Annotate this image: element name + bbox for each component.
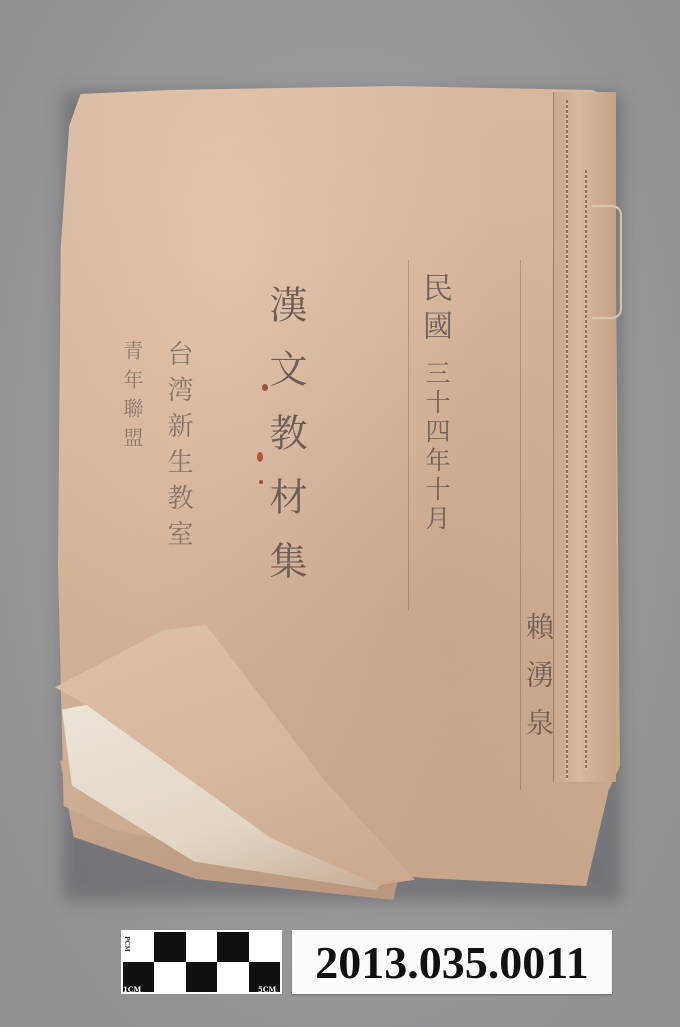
scale-label-start: 1CM bbox=[123, 985, 141, 994]
red-ink-stain bbox=[259, 480, 263, 484]
ruled-guide-line bbox=[408, 260, 409, 610]
scale-cell-black bbox=[186, 962, 217, 992]
accession-number-label: 2013.035.0011 bbox=[292, 930, 612, 994]
red-ink-stain bbox=[262, 384, 268, 391]
scale-cell-black bbox=[217, 932, 248, 962]
red-ink-stain bbox=[257, 452, 263, 462]
archival-photo: 漢文教材集 民國 三十四年十月 台湾新生教室 青年聯盟 賴湧泉 1CM 5CM … bbox=[0, 0, 680, 1027]
cover-title: 漢文教材集 bbox=[258, 285, 313, 605]
scale-cell-black bbox=[154, 932, 185, 962]
scale-cell-white bbox=[249, 932, 280, 962]
cover-organization-sub: 青年聯盟 bbox=[118, 340, 147, 456]
cover-date-era: 民國 bbox=[412, 272, 456, 348]
loose-binding-string bbox=[592, 205, 622, 319]
binding-thread-line bbox=[585, 170, 587, 770]
owner-name: 賴湧泉 bbox=[518, 612, 558, 756]
binding-thread-line bbox=[566, 100, 568, 780]
cover-organization: 台湾新生教室 bbox=[160, 340, 197, 556]
scale-cell-white bbox=[154, 962, 185, 992]
scale-cell-white bbox=[217, 962, 248, 992]
scale-label-end: 5CM bbox=[258, 985, 276, 994]
scale-cell-white bbox=[186, 932, 217, 962]
scale-label-side: PCM bbox=[123, 936, 130, 952]
cover-date: 三十四年十月 bbox=[418, 360, 454, 534]
